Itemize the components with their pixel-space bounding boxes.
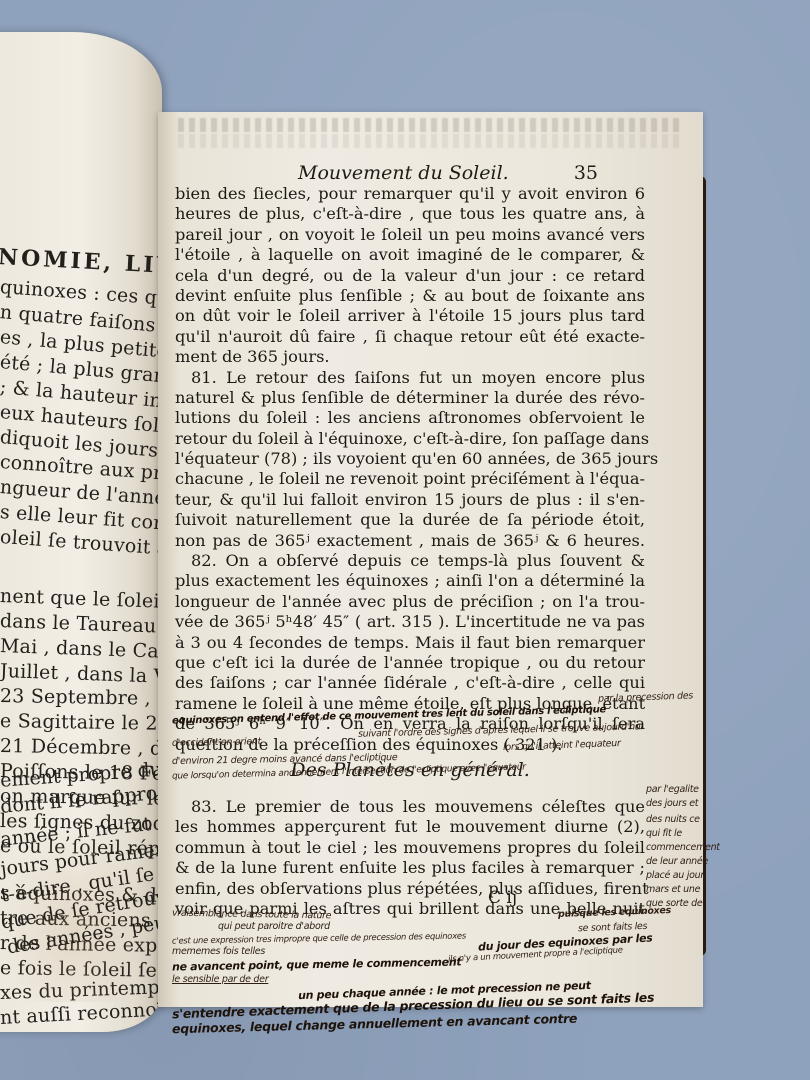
handwritten-note: c'est une expression tres impropre que c… xyxy=(172,931,466,946)
body-text: bien des ſiecles, pour remarquer qu'il y… xyxy=(175,184,645,919)
text-line: retour du ſoleil à l'équinoxe, c'eſt-à-d… xyxy=(175,429,645,449)
handwritten-note: d'occident en orient xyxy=(172,736,261,749)
show-through-bleed xyxy=(178,134,683,148)
text-line: plus exactement les équinoxes ; ainſi l'… xyxy=(175,571,645,591)
text-line: des ſaiſons ; car l'année ſidérale , c'e… xyxy=(175,673,645,693)
handwritten-note: placé au jour xyxy=(646,870,704,881)
text-line: lutions du ſoleil : les anciens aſtronom… xyxy=(175,408,645,428)
paragraph-81-line: 81. Le retour des ſaiſons fut un moyen e… xyxy=(175,368,645,388)
right-page: Mouvement du Soleil. 35 bien des ſiecles… xyxy=(158,112,703,1007)
text-line: les hommes apperçurent fut le mouvement … xyxy=(175,817,645,837)
left-page-line: Mai , dans le Can xyxy=(0,635,162,663)
text-line: que c'eſt ici la durée de l'année tropiq… xyxy=(175,653,645,673)
show-through-bleed xyxy=(178,118,683,132)
paragraph-83-line: 83. Le premier de tous les mouvemens cél… xyxy=(175,797,645,817)
handwritten-note: vraisemblance dans toute la nature xyxy=(172,908,331,922)
text-line: devint enſuite plus ſenſible ; & au bout… xyxy=(175,286,645,306)
handwritten-note: par l'egalite xyxy=(646,784,699,795)
handwritten-note: commencement xyxy=(646,842,720,853)
left-page-line: e Sagittaire le 22 N xyxy=(0,710,162,735)
text-line: ſuivoit naturellement que la durée de ſa… xyxy=(175,510,645,530)
text-line: naturel & plus ſenſible de déterminer la… xyxy=(175,388,645,408)
text-line: qu'il n'auroit dû faire , ſi chaque reto… xyxy=(175,327,645,347)
handwritten-note: mars et une xyxy=(646,884,700,895)
left-page-line: on marque ſur les glo xyxy=(0,785,162,811)
handwritten-note: qui fit le xyxy=(646,828,682,839)
handwritten-note: des nuits ce xyxy=(646,814,700,825)
left-page-line: 21 Décembre , dans xyxy=(0,735,162,760)
text-line: longueur de l'année avec plus de préciſi… xyxy=(175,592,645,612)
text-line: ment de 365 jours. xyxy=(175,347,645,367)
left-page-line: 23 Septembre , dans xyxy=(0,685,162,711)
left-page-line: dans le Taureau le xyxy=(0,610,162,638)
signature-mark: C ij xyxy=(488,888,517,908)
text-line: enfin, des obſervations plus répétées, p… xyxy=(175,879,645,899)
handwritten-note: le sensible par de der xyxy=(172,974,268,985)
text-line: vée de 365ʲ 5ʰ48′ 45″ ( art. 315 ). L'in… xyxy=(175,612,645,632)
text-line: heures de plus, c'eſt-à-dire , que tous … xyxy=(175,204,645,224)
handwritten-note: des jours et xyxy=(646,798,698,809)
left-page-running-head: NOMIE, LIV. I. xyxy=(0,244,162,281)
page-number: 35 xyxy=(574,162,598,184)
running-head: Mouvement du Soleil. xyxy=(298,162,509,184)
text-line: cela d'un degré, ou de la valeur d'un jo… xyxy=(175,266,645,286)
text-line: teur, & qu'il lui falloit environ 15 jou… xyxy=(175,490,645,510)
text-line: commun à tout le ciel ; les mouvemens pr… xyxy=(175,838,645,858)
paragraph-82-line: 82. On a obſervé depuis ce temps-là plus… xyxy=(175,551,645,571)
text-line: l'étoile , à laquelle on avoit imaginé d… xyxy=(175,245,645,265)
left-page: NOMIE, LIV. I. quinoxes : ces quatre n q… xyxy=(0,32,162,1032)
handwritten-note: de leur année xyxy=(646,856,708,867)
text-line: chacune , le ſoleil ne revenoit point pr… xyxy=(175,469,645,489)
left-page-line: Poiſſons le 18 Févri xyxy=(0,760,162,785)
text-line: pareil jour , on voyoit le ſoleil un peu… xyxy=(175,225,645,245)
paper-stain xyxy=(0,822,150,1002)
left-page-line: nent que le ſoleil en xyxy=(0,585,162,614)
text-line: on dût voir le ſoleil arriver à l'étoile… xyxy=(175,306,645,326)
text-line: à 3 ou 4 ſecondes de temps. Mais il faut… xyxy=(175,633,645,653)
text-line: l'équateur (78) ; ils voyoient qu'en 60 … xyxy=(175,449,645,469)
handwritten-note: mememes fois telles xyxy=(172,946,265,957)
text-line: & de la lune furent enſuite les plus fac… xyxy=(175,858,645,878)
text-line: non pas de 365ʲ exactement , mais de 365… xyxy=(175,531,645,551)
handwritten-note: qui peut paroitre d'abord xyxy=(218,921,330,932)
handwritten-note: ne avancent point, que meme le commencem… xyxy=(172,955,461,973)
text-line: bien des ſiecles, pour remarquer qu'il y… xyxy=(175,184,645,204)
handwritten-note: par la precession des xyxy=(598,690,693,704)
